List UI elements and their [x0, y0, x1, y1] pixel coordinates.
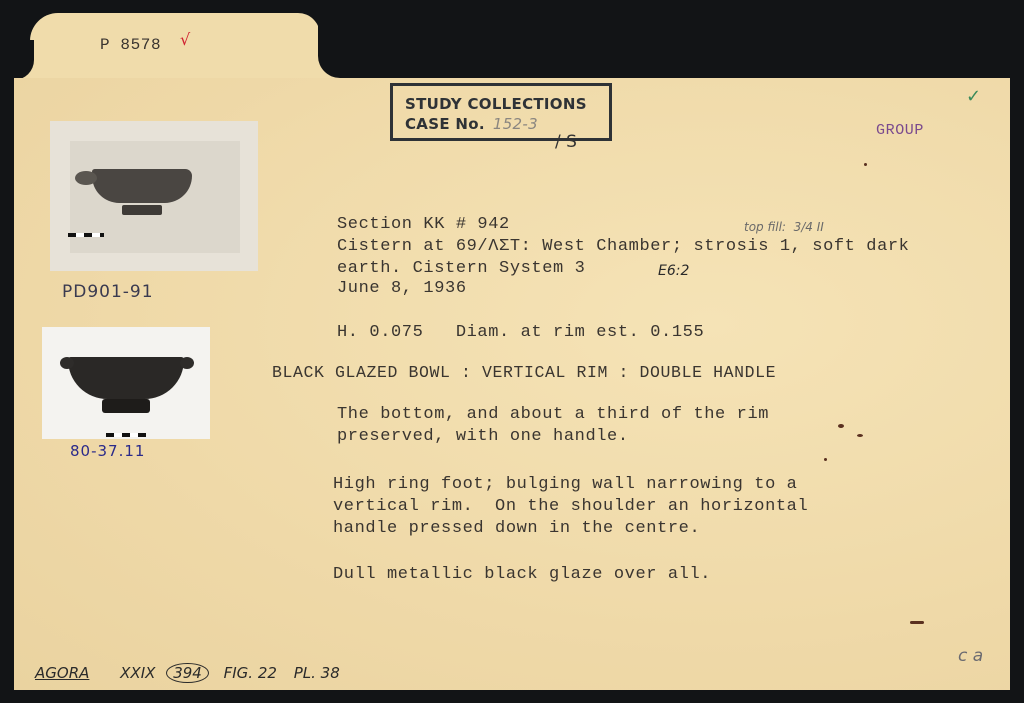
publication-volume: XXIX: [120, 664, 155, 682]
description-glaze: Dull metallic black glaze over all.: [333, 564, 711, 586]
description-shape: High ring foot; bulging wall narrowing t…: [333, 474, 808, 540]
bowl-foot: [102, 399, 150, 413]
photo-bowl-fragment[interactable]: [50, 121, 258, 271]
handwritten-grid-note: E6:2: [658, 263, 689, 279]
study-collections-stamp: STUDY COLLECTIONS CASE No.152-3: [390, 83, 612, 141]
catalog-number: P 8578: [100, 34, 161, 56]
ink-dash: [910, 621, 924, 624]
top-right-check-mark: ✓: [966, 86, 981, 107]
publication-plate: PL. 38: [294, 664, 340, 682]
ink-speck: [864, 163, 867, 166]
bowl-handle-left: [60, 357, 74, 369]
bowl-handle-right: [180, 357, 194, 369]
publication-reference: AGORA XXIX 394 FIG. 22 PL. 38: [35, 664, 340, 682]
corner-mark: c a: [958, 646, 983, 666]
location-line-1: Cistern at 69/ΛΣΤ: West Chamber; strosis…: [337, 236, 910, 258]
dimensions: H. 0.075 Diam. at rim est. 0.155: [337, 322, 704, 344]
photo-1-caption: PD901-91: [62, 282, 154, 302]
bowl-fragment-silhouette: [92, 169, 192, 203]
stamp-case-label: CASE No.: [405, 115, 485, 133]
group-label: GROUP: [876, 120, 924, 142]
date-line: June 8, 1936: [337, 278, 467, 300]
stamp-below-mark: / S: [555, 132, 577, 152]
bowl-fragment-handle: [75, 171, 97, 185]
object-title: BLACK GLAZED BOWL : VERTICAL RIM : DOUBL…: [272, 362, 776, 384]
bowl-fragment-foot: [122, 205, 162, 215]
catalog-check-mark: √: [180, 30, 190, 49]
location-line-2: earth. Cistern System 3: [337, 258, 585, 280]
handwritten-fill-note: top fill: 3/4 II: [744, 220, 824, 234]
ink-speck: [857, 434, 863, 437]
section-line: Section KK # 942: [337, 214, 510, 236]
stamp-line1: STUDY COLLECTIONS: [405, 94, 609, 114]
publication-figure: FIG. 22: [224, 664, 277, 682]
photo-2-caption: 80-37.11: [70, 442, 145, 460]
scale-bar: [106, 433, 146, 437]
ink-speck: [824, 458, 827, 461]
publication-number: 394: [166, 663, 209, 683]
photo-black-glazed-bowl[interactable]: [42, 327, 210, 439]
scale-bar: [68, 233, 104, 237]
ink-speck: [838, 424, 844, 428]
description-preservation: The bottom, and about a third of the rim…: [337, 404, 769, 448]
card-tab-shoulder-right-mask: [318, 13, 358, 78]
stamp-case-value: 152-3: [493, 115, 538, 133]
bowl-body: [68, 357, 184, 399]
publication-series: AGORA: [35, 664, 89, 682]
